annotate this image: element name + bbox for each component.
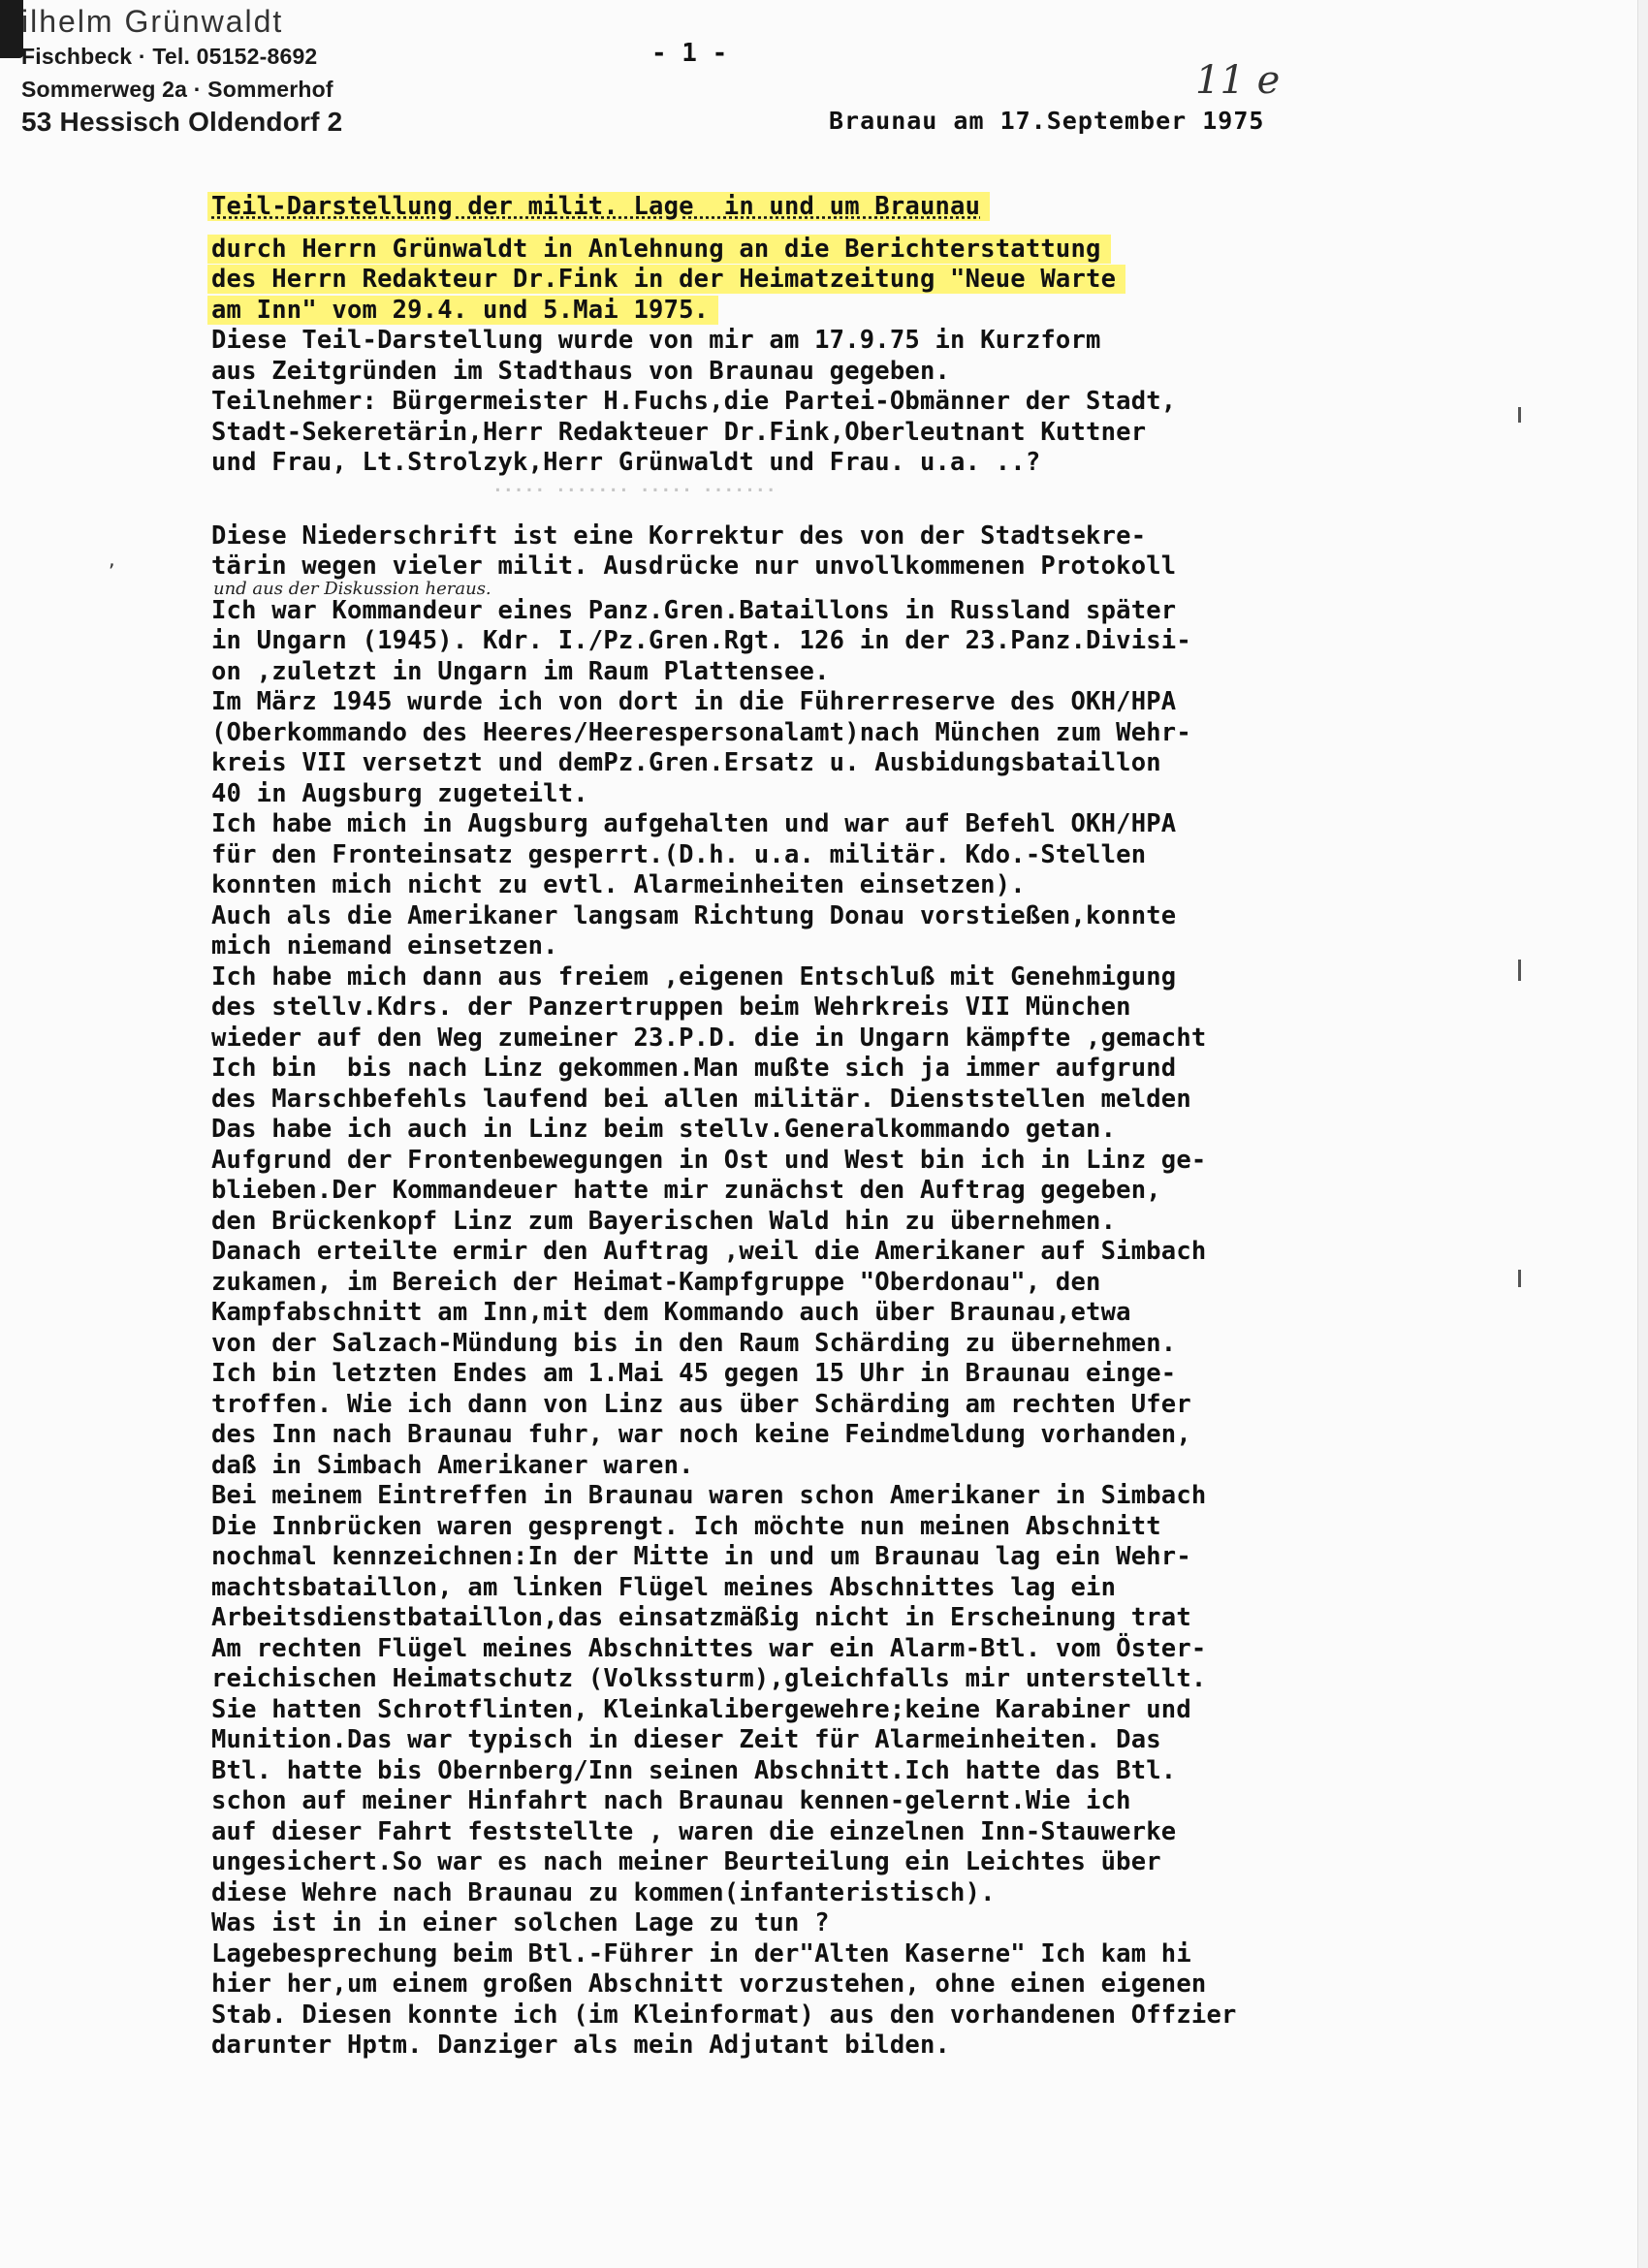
text-line: blieben.Der Kommandeuer hatte mir zunäch…: [211, 1176, 1530, 1207]
title-heading: Teil-Darstellung der milit. Lage in und …: [207, 192, 990, 221]
text-line: Im März 1945 wurde ich von dort in die F…: [211, 687, 1530, 718]
text-line: (Oberkommando des Heeres/Heerespersonala…: [211, 718, 1530, 749]
text-line: Ich bin letzten Endes am 1.Mai 45 gegen …: [211, 1359, 1530, 1390]
text-line: nochmal kennzeichnen:In der Mitte in und…: [211, 1542, 1530, 1573]
text-line: 40 in Augsburg zugeteilt.: [211, 779, 1530, 810]
text-line: machtsbataillon, am linken Flügel meines…: [211, 1573, 1530, 1604]
text-line: Ich habe mich dann aus freiem ,eigenen E…: [211, 962, 1530, 993]
text-line: Aufgrund der Frontenbewegungen in Ost un…: [211, 1146, 1530, 1177]
text-line: schon auf meiner Hinfahrt nach Braunau k…: [211, 1786, 1530, 1817]
text-line: darunter Hptm. Danziger als mein Adjutan…: [211, 2031, 1530, 2062]
text-line: zukamen, im Bereich der Heimat-Kampfgrup…: [211, 1268, 1530, 1299]
text-line: on ,zuletzt in Ungarn im Raum Plattensee…: [211, 657, 1530, 688]
text-line: daß in Simbach Amerikaner waren.: [211, 1451, 1530, 1482]
subtitle-line: am Inn" vom 29.4. und 5.Mai 1975.: [211, 296, 1530, 327]
scan-edge: [0, 0, 23, 58]
text-line: Was ist in in einer solchen Lage zu tun …: [211, 1908, 1530, 1939]
text-line: wieder auf den Weg zumeiner 23.P.D. die …: [211, 1024, 1530, 1055]
text-line: für den Fronteinsatz gesperrt.(D.h. u.a.…: [211, 840, 1530, 871]
text-line: Diese Niederschrift ist eine Korrektur d…: [211, 521, 1530, 552]
text-line: troffen. Wie ich dann von Linz aus über …: [211, 1390, 1530, 1421]
subtitle-line: durch Herrn Grünwaldt in Anlehnung an di…: [211, 235, 1530, 266]
text-line: des stellv.Kdrs. der Panzertruppen beim …: [211, 992, 1530, 1024]
main-text: Ich war Kommandeur eines Panz.Gren.Batai…: [211, 596, 1530, 2062]
text-line: und Frau, Lt.Strolzyk,Herr Grünwaldt und…: [211, 448, 1530, 479]
subtitle-line: des Herrn Redakteur Dr.Fink in der Heima…: [211, 265, 1530, 296]
text-line: Kampfabschnitt am Inn,mit dem Kommando a…: [211, 1298, 1530, 1329]
letterhead-stamp: ilhelm Grünwaldt Fischbeck · Tel. 05152-…: [21, 4, 342, 139]
text-line: Munition.Das war typisch in dieser Zeit …: [211, 1725, 1530, 1756]
text-line: tärin wegen vieler milit. Ausdrücke nur …: [211, 551, 1530, 583]
faded-text: ..... ....... ..... .......: [211, 479, 1530, 494]
text-line: den Brückenkopf Linz zum Bayerischen Wal…: [211, 1207, 1530, 1238]
text-line: in Ungarn (1945). Kdr. I./Pz.Gren.Rgt. 1…: [211, 626, 1530, 657]
text-line: ungesichert.So war es nach meiner Beurte…: [211, 1847, 1530, 1878]
handwritten-insert: und aus der Diskussion heraus.: [211, 583, 1530, 596]
text-line: Am rechten Flügel meines Abschnittes war…: [211, 1634, 1530, 1665]
text-line: Bei meinem Eintreffen in Braunau waren s…: [211, 1481, 1530, 1512]
correction-paragraph: Diese Niederschrift ist eine Korrektur d…: [211, 521, 1530, 583]
text-line: Stab. Diesen konnte ich (im Kleinformat)…: [211, 2000, 1530, 2032]
text-line: diese Wehre nach Braunau zu kommen(infan…: [211, 1878, 1530, 1909]
letterhead-line: 53 Hessisch Oldendorf 2: [21, 106, 342, 139]
text-line: Ich war Kommandeur eines Panz.Gren.Batai…: [211, 596, 1530, 627]
letterhead-line: Sommerweg 2a · Sommerhof: [21, 73, 342, 106]
text-line: Lagebesprechung beim Btl.-Führer in der"…: [211, 1939, 1530, 1970]
document-title: Teil-Darstellung der milit. Lage in und …: [211, 192, 1530, 223]
text-line: von der Salzach-Mündung bis in den Raum …: [211, 1329, 1530, 1360]
text-line: Ich bin bis nach Linz gekommen.Man mußte…: [211, 1054, 1530, 1085]
text-line: aus Zeitgründen im Stadthaus von Braunau…: [211, 357, 1530, 388]
paper-edge: [1637, 0, 1648, 2268]
text-line: Danach erteilte ermir den Auftrag ,weil …: [211, 1237, 1530, 1268]
text-line: Die Innbrücken waren gesprengt. Ich möch…: [211, 1512, 1530, 1543]
text-line: reichischen Heimatschutz (Volkssturm),gl…: [211, 1664, 1530, 1695]
text-line: Das habe ich auch in Linz beim stellv.Ge…: [211, 1115, 1530, 1146]
margin-mark: ‚: [107, 551, 117, 571]
margin-tick: [1518, 407, 1521, 423]
document-body: Teil-Darstellung der milit. Lage in und …: [211, 192, 1530, 2062]
page-number: - 1 -: [651, 39, 727, 68]
text-line: des Inn nach Braunau fuhr, war noch kein…: [211, 1420, 1530, 1451]
text-line: Ich habe mich in Augsburg aufgehalten un…: [211, 809, 1530, 840]
text-line: hier her,um einem großen Abschnitt vorzu…: [211, 1969, 1530, 2000]
letterhead-line: Fischbeck · Tel. 05152-8692: [21, 40, 342, 73]
handwritten-mark: 11 e: [1195, 58, 1280, 103]
text-line: kreis VII versetzt und demPz.Gren.Ersatz…: [211, 748, 1530, 779]
letterhead-name: ilhelm Grünwaldt: [21, 4, 342, 40]
text-line: Btl. hatte bis Obernberg/Inn seinen Absc…: [211, 1756, 1530, 1787]
margin-tick: [1518, 960, 1521, 981]
intro-paragraph: Diese Teil-Darstellung wurde von mir am …: [211, 326, 1530, 479]
dateline: Braunau am 17.September 1975: [829, 107, 1264, 135]
margin-tick: [1518, 1270, 1521, 1287]
text-line: Teilnehmer: Bürgermeister H.Fuchs,die Pa…: [211, 387, 1530, 418]
text-line: Auch als die Amerikaner langsam Richtung…: [211, 901, 1530, 932]
text-line: des Marschbefehls laufend bei allen mili…: [211, 1085, 1530, 1116]
text-line: auf dieser Fahrt feststellte , waren die…: [211, 1817, 1530, 1848]
text-line: konnten mich nicht zu evtl. Alarmeinheit…: [211, 870, 1530, 901]
text-line: Diese Teil-Darstellung wurde von mir am …: [211, 326, 1530, 357]
text-line: Arbeitsdienstbataillon,das einsatzmäßig …: [211, 1603, 1530, 1634]
text-line: Stadt-Sekeretärin,Herr Redakteuer Dr.Fin…: [211, 418, 1530, 449]
text-line: Sie hatten Schrotflinten, Kleinkaliberge…: [211, 1695, 1530, 1726]
text-line: mich niemand einsetzen.: [211, 931, 1530, 962]
